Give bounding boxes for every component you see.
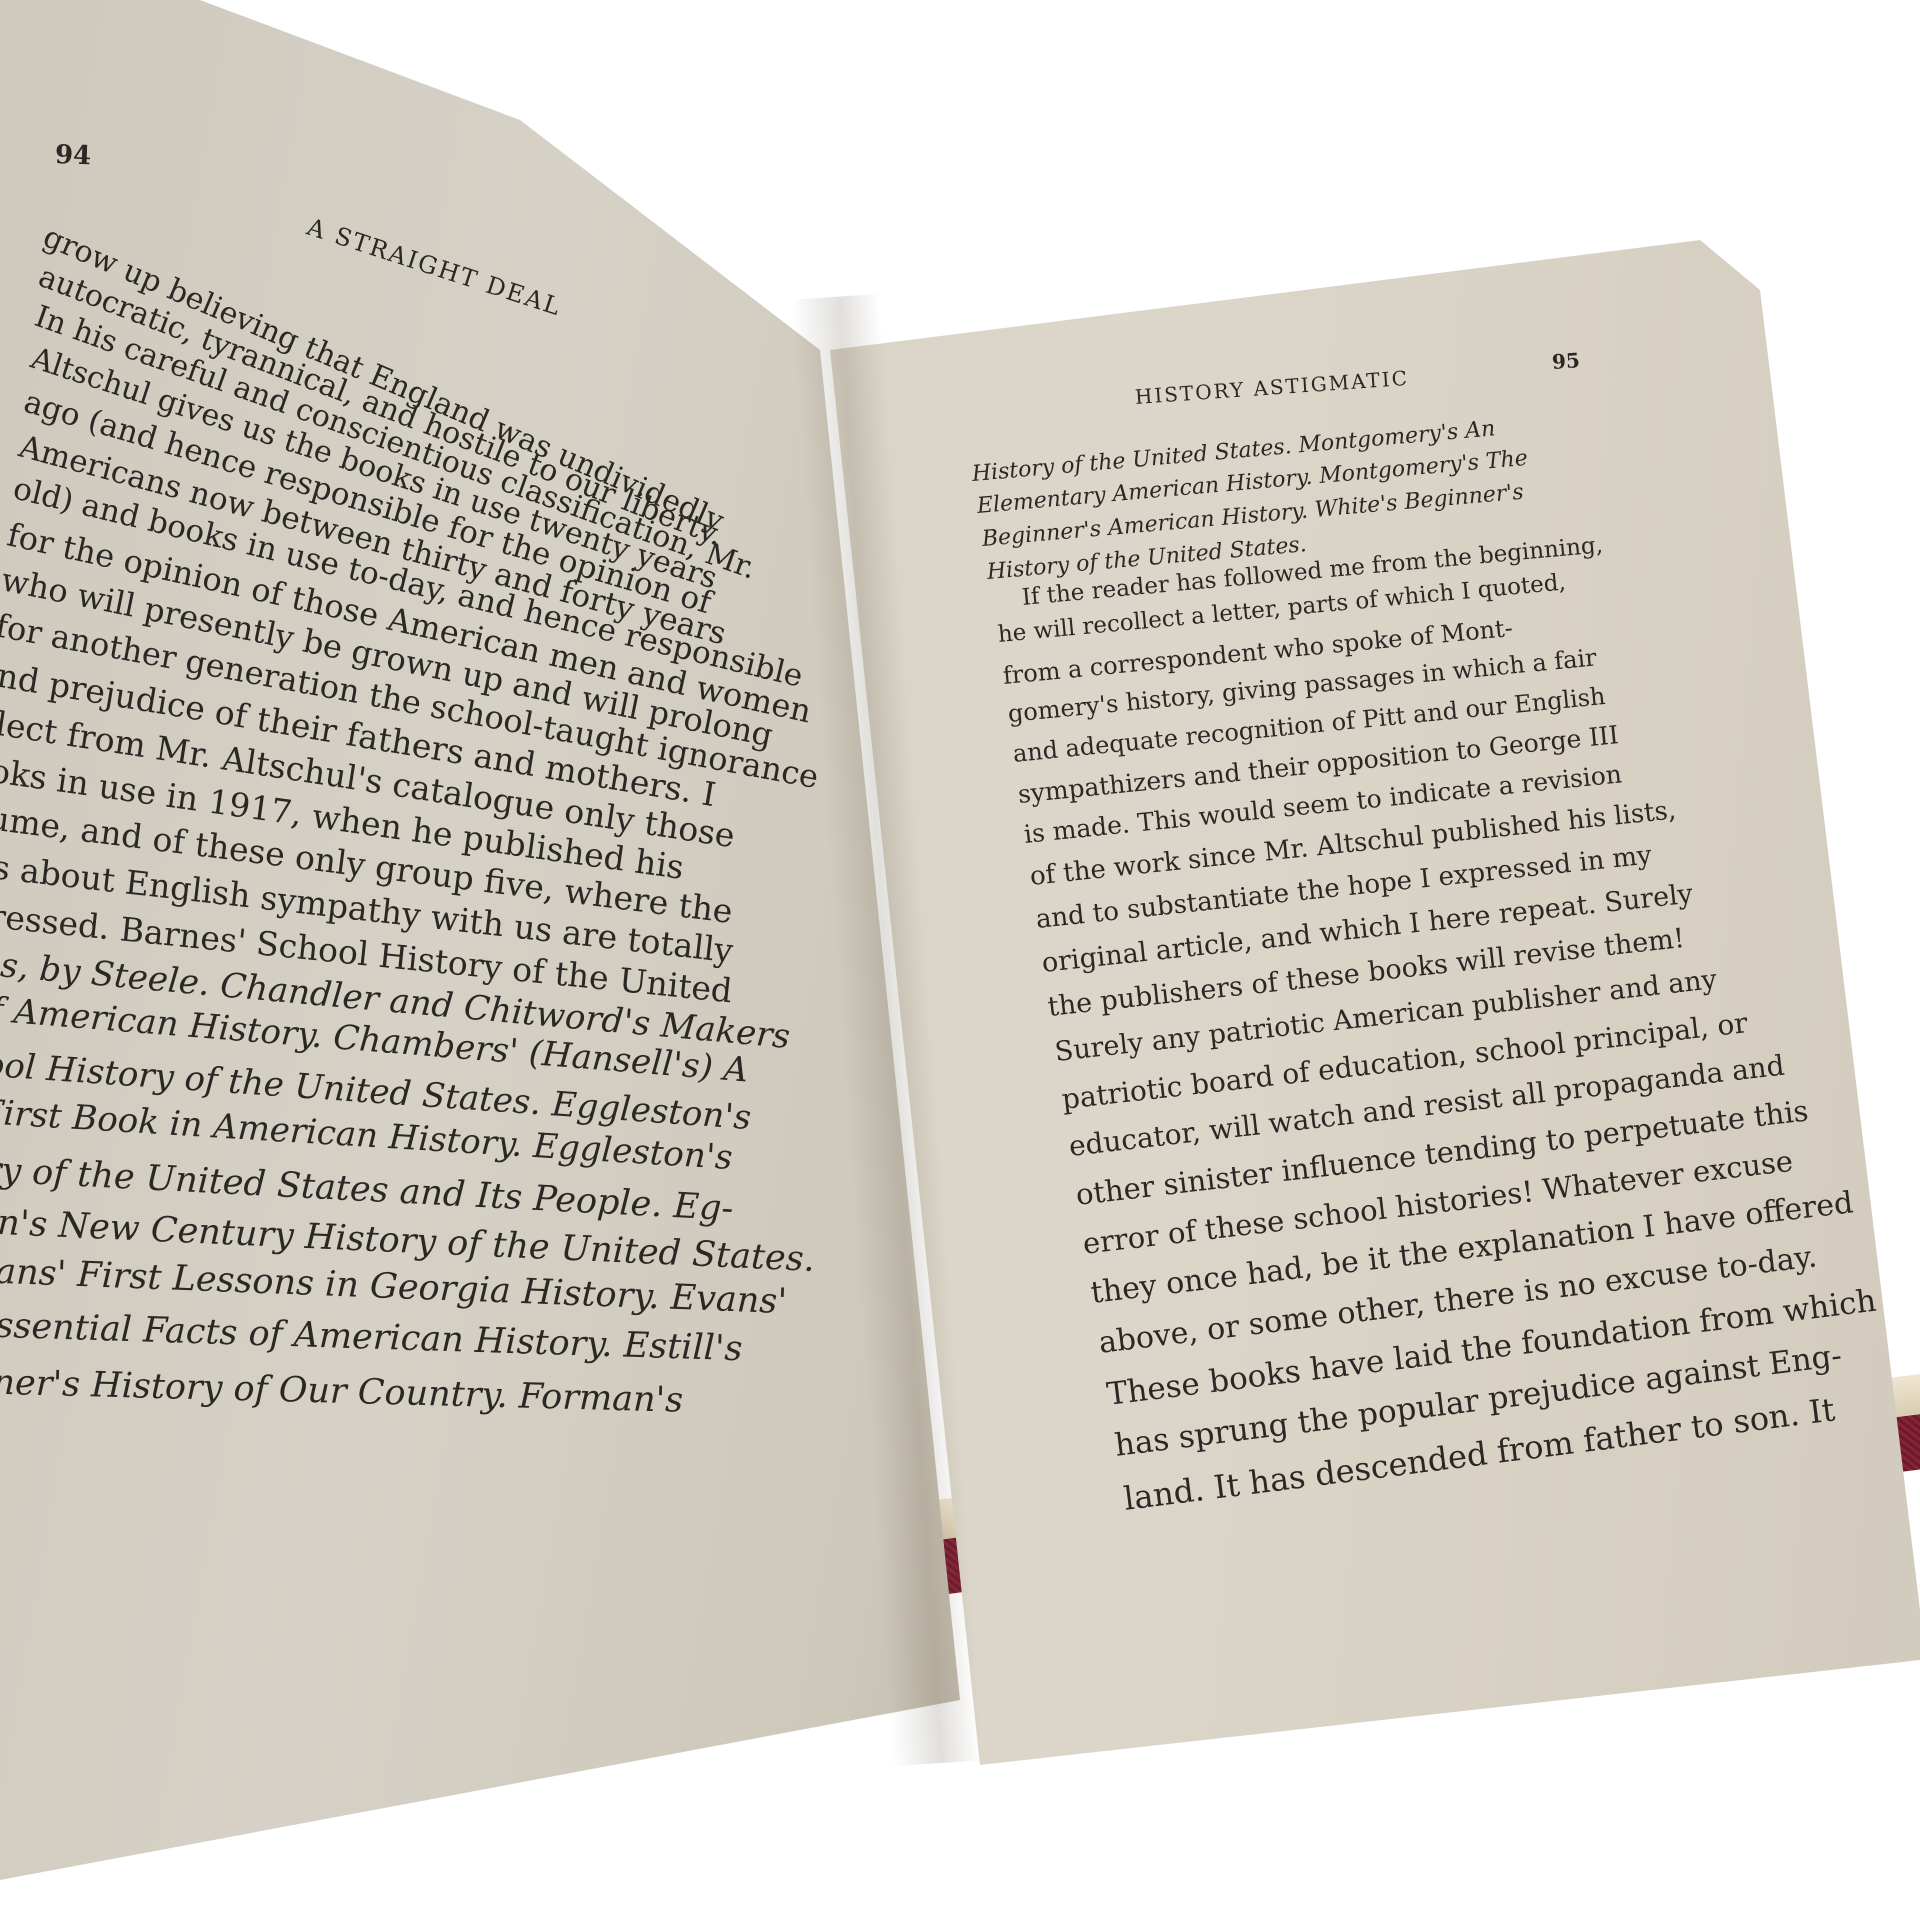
page-number: 95 [1551,348,1580,374]
page-number: 94 [54,140,91,171]
open-book-photo: 94 A STRAIGHT DEAL grow up believing tha… [0,0,1920,1920]
